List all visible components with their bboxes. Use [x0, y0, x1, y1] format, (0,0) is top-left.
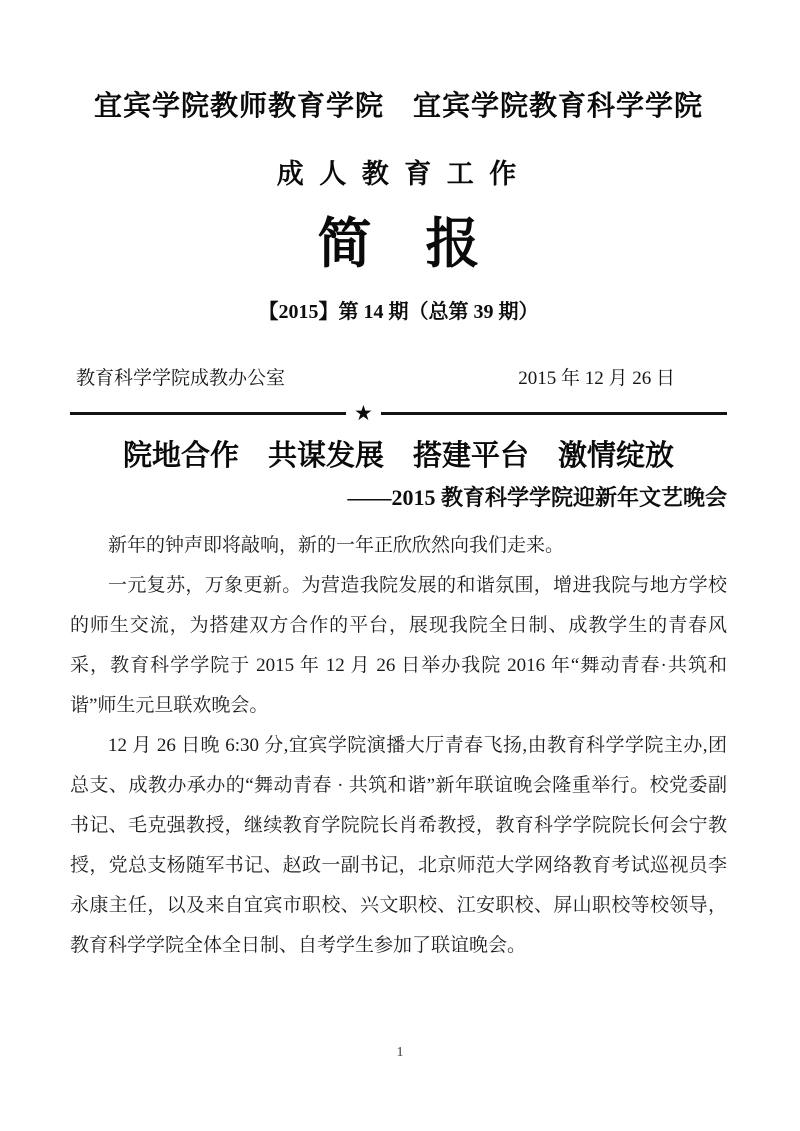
paragraph: 新年的钟声即将敲响，新的一年正欣欣然向我们走来。: [70, 526, 727, 566]
issuing-office: 教育科学学院成教办公室: [70, 367, 285, 391]
info-bar: 教育科学学院成教办公室 2015 年 12 月 26 日: [70, 367, 727, 391]
paragraph: 一元复苏，万象更新。为营造我院发展的和谐氛围，增进我院与地方学校的师生交流，为搭…: [70, 566, 727, 726]
organization-title: 宜宾学院教师教育学院 宜宾学院教育科学学院: [70, 88, 727, 123]
article-body: 新年的钟声即将敲响，新的一年正欣欣然向我们走来。 一元复苏，万象更新。为营造我院…: [70, 526, 727, 966]
page-number: 1: [0, 1045, 800, 1061]
article-headline: 院地合作 共谋发展 搭建平台 激情绽放: [70, 439, 727, 473]
divider-line-left: [70, 412, 346, 415]
star-icon: ★: [354, 403, 373, 424]
star-divider: ★: [70, 403, 727, 424]
document-page: 宜宾学院教师教育学院 宜宾学院教育科学学院 成 人 教 育 工 作 简 报 【2…: [0, 0, 800, 1131]
issue-number: 【2015】第 14 期（总第 39 期）: [70, 299, 727, 325]
bulletin-title: 简 报: [70, 215, 727, 273]
issue-date: 2015 年 12 月 26 日: [518, 367, 675, 391]
subject-title: 成 人 教 育 工 作: [70, 159, 727, 189]
paragraph: 12 月 26 日晚 6:30 分,宜宾学院演播大厅青春飞扬,由教育科学学院主办…: [70, 726, 727, 966]
divider-line-right: [381, 412, 727, 415]
article-subheadline: ——2015 教育科学学院迎新年文艺晚会: [70, 484, 727, 512]
